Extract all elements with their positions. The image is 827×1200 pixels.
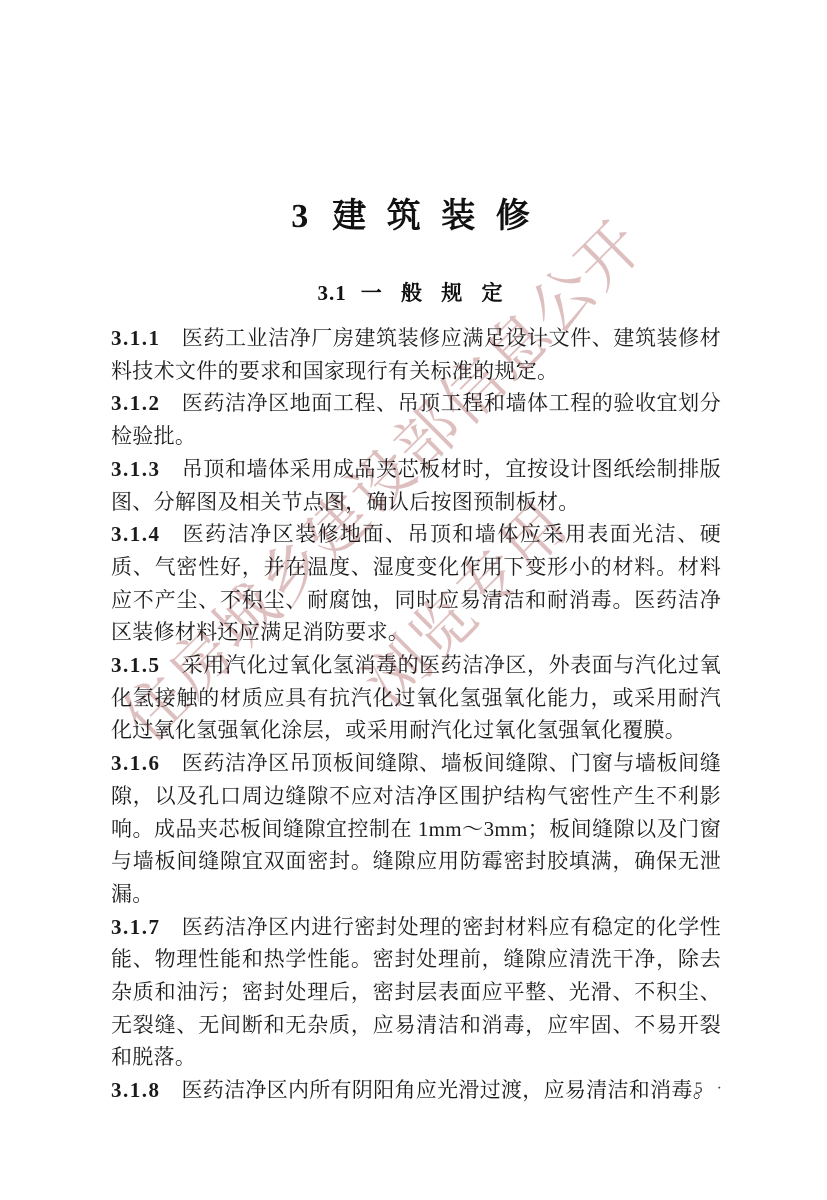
clause-text: 采用汽化过氧化氢消毒的医药洁净区，外表面与汽化过氧化氢接触的材质应具有抗汽化过氧… bbox=[111, 653, 721, 742]
clause-text: 医药洁净区内进行密封处理的密封材料应有稳定的化学性能、物理性能和热学性能。密封处… bbox=[111, 915, 721, 1070]
chapter-title-text: 建 筑 装 修 bbox=[332, 198, 536, 235]
body-text-block: 3.1.1医药工业洁净厂房建筑装修应满足设计文件、建筑装修材料技术文件的要求和国… bbox=[111, 322, 721, 1107]
chapter-title: 3建 筑 装 修 bbox=[0, 188, 827, 237]
section-number: 3.1 bbox=[318, 281, 347, 305]
clause-number: 3.1.2 bbox=[111, 391, 161, 415]
clause-text: 医药工业洁净厂房建筑装修应满足设计文件、建筑装修材料技术文件的要求和国家现行有关… bbox=[111, 326, 721, 383]
clause-number: 3.1.8 bbox=[111, 1078, 161, 1102]
clause-3-1-4: 3.1.4医药洁净区装修地面、吊顶和墙体应采用表面光洁、硬质、气密性好，并在温度… bbox=[111, 518, 721, 649]
section-title-text: 一 般 规 定 bbox=[361, 281, 510, 305]
clause-text: 医药洁净区内所有阴阳角应光滑过渡，应易清洁和消毒。 bbox=[182, 1078, 715, 1102]
clause-number: 3.1.6 bbox=[111, 751, 161, 775]
clause-3-1-6: 3.1.6医药洁净区吊顶板间缝隙、墙板间缝隙、门窗与墙板间缝隙，以及孔口周边缝隙… bbox=[111, 747, 721, 911]
clause-number: 3.1.1 bbox=[111, 326, 161, 350]
section-title: 3.1一 般 规 定 bbox=[0, 277, 827, 307]
clause-text: 吊顶和墙体采用成品夹芯板材时，宜按设计图纸绘制排版图、分解图及相关节点图，确认后… bbox=[111, 457, 721, 514]
clause-number: 3.1.5 bbox=[111, 653, 161, 677]
page-number: · 5 · bbox=[675, 1080, 727, 1098]
clause-3-1-8: 3.1.8医药洁净区内所有阴阳角应光滑过渡，应易清洁和消毒。 bbox=[111, 1074, 721, 1107]
chapter-number: 3 bbox=[291, 198, 308, 235]
clause-number: 3.1.7 bbox=[111, 915, 161, 939]
clause-number: 3.1.4 bbox=[111, 522, 161, 546]
document-page: 住房城乡建设部信息公开 浏览专用 3建 筑 装 修 3.1一 般 规 定 3.1… bbox=[0, 0, 827, 1200]
clause-3-1-3: 3.1.3吊顶和墙体采用成品夹芯板材时，宜按设计图纸绘制排版图、分解图及相关节点… bbox=[111, 453, 721, 518]
clause-3-1-7: 3.1.7医药洁净区内进行密封处理的密封材料应有稳定的化学性能、物理性能和热学性… bbox=[111, 911, 721, 1075]
clause-number: 3.1.3 bbox=[111, 457, 161, 481]
clause-text: 医药洁净区装修地面、吊顶和墙体应采用表面光洁、硬质、气密性好，并在温度、湿度变化… bbox=[111, 522, 721, 644]
clause-3-1-5: 3.1.5采用汽化过氧化氢消毒的医药洁净区，外表面与汽化过氧化氢接触的材质应具有… bbox=[111, 649, 721, 747]
clause-text: 医药洁净区吊顶板间缝隙、墙板间缝隙、门窗与墙板间缝隙，以及孔口周边缝隙不应对洁净… bbox=[111, 751, 721, 906]
clause-3-1-1: 3.1.1医药工业洁净厂房建筑装修应满足设计文件、建筑装修材料技术文件的要求和国… bbox=[111, 322, 721, 387]
clause-3-1-2: 3.1.2医药洁净区地面工程、吊顶工程和墙体工程的验收宜划分检验批。 bbox=[111, 387, 721, 452]
clause-text: 医药洁净区地面工程、吊顶工程和墙体工程的验收宜划分检验批。 bbox=[111, 391, 721, 448]
